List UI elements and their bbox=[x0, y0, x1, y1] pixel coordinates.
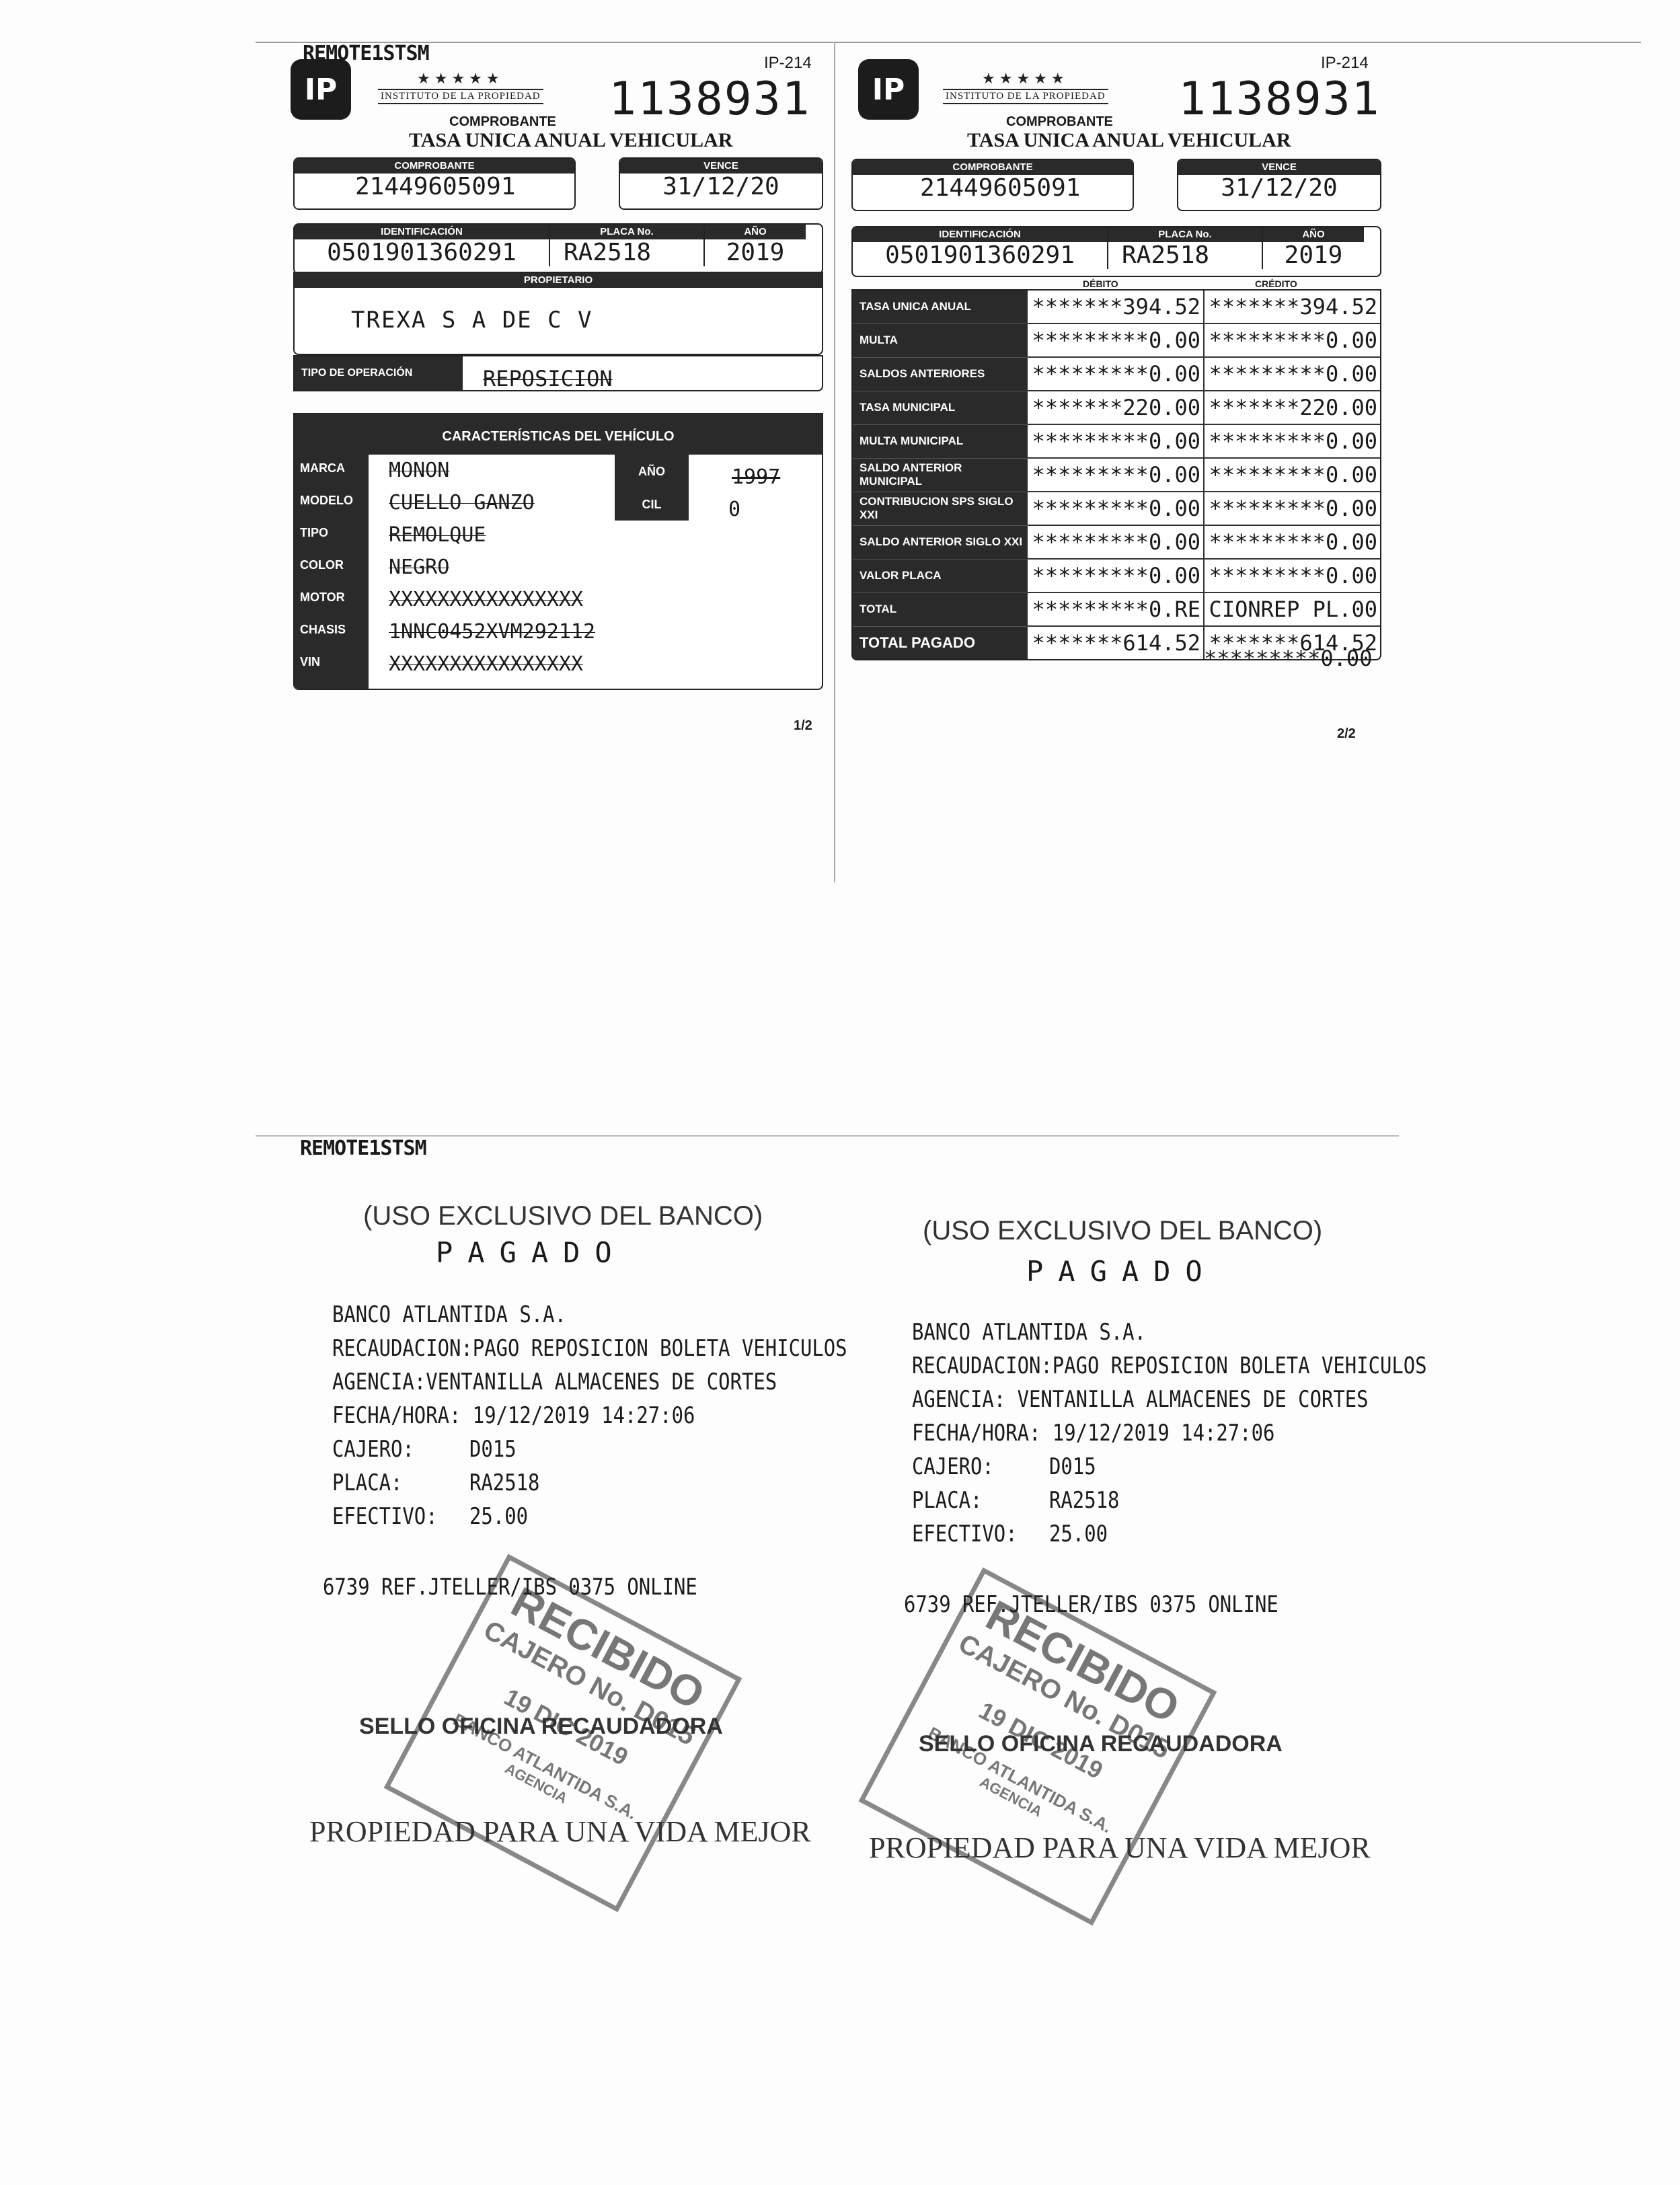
vehicle-row-chasis: CHASIS1NNC0452XVM292112 bbox=[295, 613, 822, 646]
institution-name: INSTITUTO DE LA PROPIEDAD bbox=[378, 89, 543, 104]
financial-row-debito: *********0.00 bbox=[1028, 525, 1204, 559]
vence-label: VENCE bbox=[620, 159, 822, 174]
center-divider-line bbox=[834, 42, 835, 882]
financial-row-credito: *********0.00 bbox=[1204, 525, 1380, 559]
vehicle-anio-label: AÑO bbox=[615, 455, 689, 488]
financial-row-debito: *********0.00 bbox=[1028, 492, 1204, 525]
bank-right-pagado: PAGADO bbox=[1026, 1255, 1217, 1288]
financial-row-label: SALDO ANTERIOR MUNICIPAL bbox=[853, 458, 1028, 492]
vence-value: 31/12/20 bbox=[620, 174, 822, 200]
financial-row-label: VALOR PLACA bbox=[853, 559, 1028, 592]
financial-row-label: CONTRIBUCION SPS SIGLO XXI bbox=[853, 492, 1028, 525]
anio-value-right: 2019 bbox=[1263, 242, 1364, 269]
comprobante-label-right: COMPROBANTE bbox=[853, 160, 1133, 175]
bank-left-line: FECHA/HORA: 19/12/2019 14:27:06 bbox=[332, 1399, 847, 1432]
financial-row-debito: *******614.52 bbox=[1028, 626, 1204, 660]
vence-label-right: VENCE bbox=[1178, 160, 1380, 175]
financial-row-debito: *********0.00 bbox=[1028, 458, 1204, 492]
stars-right: ★★★★★ bbox=[982, 70, 1069, 87]
page-number-right: 2/2 bbox=[1337, 726, 1356, 742]
financial-row: VALOR PLACA*********0.00*********0.00 bbox=[853, 559, 1380, 592]
propietario-box: PROPIETARIO TREXA S A DE C V bbox=[293, 272, 823, 355]
doc-title-right: TASA UNICA ANUAL VEHICULAR bbox=[967, 129, 1291, 152]
vence-box-right: VENCE 31/12/20 bbox=[1177, 159, 1381, 211]
financial-row-credito: *********0.00 bbox=[1204, 492, 1380, 525]
financial-row-debito: *********0.00 bbox=[1028, 559, 1204, 592]
bank-left-uso: (USO EXCLUSIVO DEL BANCO) bbox=[363, 1201, 763, 1231]
bank-right-field: CAJERO:D015 bbox=[912, 1450, 1427, 1484]
extra-credito: *********0.00 bbox=[1204, 646, 1372, 671]
financial-row: TASA UNICA ANUAL*******394.52*******394.… bbox=[853, 291, 1380, 323]
financial-row-credito: *********0.00 bbox=[1204, 458, 1380, 492]
financial-table-box: TASA UNICA ANUAL*******394.52*******394.… bbox=[851, 289, 1381, 660]
financial-row-credito: *********0.00 bbox=[1204, 559, 1380, 592]
anio-label: AÑO bbox=[705, 225, 806, 239]
financial-row-credito: *********0.00 bbox=[1204, 424, 1380, 458]
bank-left-line: BANCO ATLANTIDA S.A. bbox=[332, 1298, 847, 1332]
form-code: IP-214 bbox=[764, 54, 812, 73]
vehicle-row-tipo: TIPOREMOLQUE bbox=[295, 516, 822, 549]
vehicle-cil-value: 0 bbox=[728, 498, 740, 521]
propietario-label: PROPIETARIO bbox=[295, 273, 822, 288]
anio-value: 2019 bbox=[705, 239, 806, 266]
comprobante-label: COMPROBANTE bbox=[295, 159, 574, 174]
identification-box-right: IDENTIFICACIÓN0501901360291 PLACA No.RA2… bbox=[851, 226, 1381, 277]
bank-right-field: EFECTIVO:25.00 bbox=[912, 1517, 1427, 1551]
vence-value-right: 31/12/20 bbox=[1178, 175, 1380, 202]
bank-left-field: PLACA:RA2518 bbox=[332, 1466, 847, 1500]
identificacion-value: 0501901360291 bbox=[295, 239, 549, 266]
placa-value: RA2518 bbox=[550, 239, 703, 266]
financial-row: MULTA*********0.00*********0.00 bbox=[853, 323, 1380, 357]
financial-row-credito: CIONREP PL.00 bbox=[1204, 592, 1380, 626]
top-divider-line bbox=[256, 42, 1641, 43]
financial-row: MULTA MUNICIPAL*********0.00*********0.0… bbox=[853, 424, 1380, 458]
bank-right-line: AGENCIA: VENTANILLA ALMACENES DE CORTES bbox=[912, 1383, 1427, 1416]
bank-right-slogan: PROPIEDAD PARA UNA VIDA MEJOR bbox=[869, 1831, 1371, 1865]
placa-label: PLACA No. bbox=[550, 225, 703, 239]
financial-row: TOTAL*********0.RECIONREP PL.00 bbox=[853, 592, 1380, 626]
financial-row: TASA MUNICIPAL*******220.00*******220.00 bbox=[853, 391, 1380, 424]
bank-right-line: BANCO ATLANTIDA S.A. bbox=[912, 1315, 1427, 1349]
serial-number-right: 1138931 bbox=[1178, 73, 1381, 126]
financial-row: SALDO ANTERIOR MUNICIPAL*********0.00***… bbox=[853, 458, 1380, 492]
debito-label: DÉBITO bbox=[1083, 278, 1118, 289]
bank-right-line: FECHA/HORA: 19/12/2019 14:27:06 bbox=[912, 1416, 1427, 1450]
vehicle-cil-label: CIL bbox=[615, 488, 689, 521]
financial-row: SALDOS ANTERIORES*********0.00*********0… bbox=[853, 357, 1380, 391]
tipo-operacion-label: TIPO DE OPERACIÓN bbox=[295, 356, 463, 390]
financial-row-label: TASA UNICA ANUAL bbox=[853, 291, 1028, 323]
page-number-left: 1/2 bbox=[794, 718, 812, 734]
financial-row-debito: *******394.52 bbox=[1028, 291, 1204, 323]
bank-left-line: RECAUDACION:PAGO REPOSICION BOLETA VEHIC… bbox=[332, 1332, 847, 1365]
placa-label-right: PLACA No. bbox=[1108, 227, 1262, 242]
identification-box: IDENTIFICACIÓN0501901360291 PLACA No.RA2… bbox=[293, 223, 823, 274]
financial-row-label: SALDO ANTERIOR SIGLO XXI bbox=[853, 525, 1028, 559]
financial-row-credito: *******394.52 bbox=[1204, 291, 1380, 323]
financial-row-label: MULTA bbox=[853, 323, 1028, 357]
bank-right-line: RECAUDACION:PAGO REPOSICION BOLETA VEHIC… bbox=[912, 1349, 1427, 1383]
financial-row-label: TOTAL bbox=[853, 592, 1028, 626]
financial-row-label: MULTA MUNICIPAL bbox=[853, 424, 1028, 458]
comprobante-value: 21449605091 bbox=[295, 174, 574, 200]
bank-right-sello: SELLO OFICINA RECAUDADORA bbox=[919, 1731, 1283, 1757]
placa-value-right: RA2518 bbox=[1108, 242, 1262, 269]
vehicle-row-motor: MOTORXXXXXXXXXXXXXXXX bbox=[295, 581, 822, 613]
financial-row-credito: *********0.00 bbox=[1204, 357, 1380, 391]
serial-number: 1138931 bbox=[609, 73, 811, 126]
vehicle-characteristics-box: CARACTERÍSTICAS DEL VEHÍCULO MARCAMONON … bbox=[293, 413, 823, 690]
financial-row-debito: *********0.00 bbox=[1028, 424, 1204, 458]
tipo-operacion-value: REPOSICION bbox=[483, 366, 613, 391]
form-code-right: IP-214 bbox=[1321, 54, 1369, 73]
bank-left-pagado: PAGADO bbox=[436, 1236, 627, 1269]
financial-row-label: TOTAL PAGADO bbox=[853, 626, 1028, 660]
financial-row-debito: *******220.00 bbox=[1028, 391, 1204, 424]
credito-label: CRÉDITO bbox=[1255, 278, 1297, 289]
bank-right-lines: BANCO ATLANTIDA S.A. RECAUDACION:PAGO RE… bbox=[912, 1315, 1518, 1551]
bank-left-sello: SELLO OFICINA RECAUDADORA bbox=[359, 1714, 723, 1740]
institution-name-right: INSTITUTO DE LA PROPIEDAD bbox=[943, 89, 1108, 104]
financial-row-debito: *********0.RE bbox=[1028, 592, 1204, 626]
bank-left-field: EFECTIVO:25.00 bbox=[332, 1500, 847, 1533]
financial-row-debito: *********0.00 bbox=[1028, 357, 1204, 391]
financial-row-label: SALDOS ANTERIORES bbox=[853, 357, 1028, 391]
ip-logo-icon: IP bbox=[291, 59, 351, 120]
comprobante-value-right: 21449605091 bbox=[853, 175, 1133, 202]
doc-type-right: COMPROBANTE bbox=[1006, 114, 1113, 130]
comprobante-box: COMPROBANTE 21449605091 bbox=[293, 157, 576, 210]
vehicle-anio-value: 1997 bbox=[732, 465, 780, 489]
doc-type: COMPROBANTE bbox=[449, 114, 556, 130]
tipo-operacion-box: TIPO DE OPERACIÓN REPOSICION bbox=[293, 355, 823, 391]
ip-logo-icon-right: IP bbox=[858, 59, 919, 120]
vence-box: VENCE 31/12/20 bbox=[619, 157, 823, 210]
identificacion-label: IDENTIFICACIÓN bbox=[295, 225, 549, 239]
vehicle-row-vin: VINXXXXXXXXXXXXXXXX bbox=[295, 646, 822, 678]
financial-row-credito: *********0.00 bbox=[1204, 323, 1380, 357]
user-code-bottom: REMOTE1STSM bbox=[300, 1137, 426, 1160]
bank-left-lines: BANCO ATLANTIDA S.A. RECAUDACION:PAGO RE… bbox=[332, 1298, 938, 1533]
anio-label-right: AÑO bbox=[1263, 227, 1364, 242]
financial-table: TASA UNICA ANUAL*******394.52*******394.… bbox=[853, 291, 1380, 660]
bottom-divider-line bbox=[256, 1135, 1399, 1137]
identificacion-label-right: IDENTIFICACIÓN bbox=[853, 227, 1107, 242]
comprobante-box-right: COMPROBANTE 21449605091 bbox=[851, 159, 1134, 211]
bank-left-slogan: PROPIEDAD PARA UNA VIDA MEJOR bbox=[309, 1814, 811, 1849]
bank-left-field: CAJERO:D015 bbox=[332, 1432, 847, 1466]
vehicle-characteristics-title: CARACTERÍSTICAS DEL VEHÍCULO bbox=[295, 414, 822, 455]
bank-right-field: PLACA:RA2518 bbox=[912, 1484, 1427, 1517]
financial-row-label: TASA MUNICIPAL bbox=[853, 391, 1028, 424]
propietario-value: TREXA S A DE C V bbox=[351, 307, 593, 334]
financial-row: SALDO ANTERIOR SIGLO XXI*********0.00***… bbox=[853, 525, 1380, 559]
financial-row-debito: *********0.00 bbox=[1028, 323, 1204, 357]
vehicle-row-color: COLORNEGRO bbox=[295, 549, 822, 581]
doc-title: TASA UNICA ANUAL VEHICULAR bbox=[409, 129, 733, 152]
vehicle-row-modelo: MODELOCUELLO GANZO bbox=[295, 484, 822, 516]
financial-row: CONTRIBUCION SPS SIGLO XXI*********0.00*… bbox=[853, 492, 1380, 525]
identificacion-value-right: 0501901360291 bbox=[853, 242, 1107, 269]
stars: ★★★★★ bbox=[417, 70, 504, 87]
bank-right-uso: (USO EXCLUSIVO DEL BANCO) bbox=[923, 1216, 1322, 1246]
bank-left-line: AGENCIA:VENTANILLA ALMACENES DE CORTES bbox=[332, 1365, 847, 1399]
financial-row-credito: *******220.00 bbox=[1204, 391, 1380, 424]
